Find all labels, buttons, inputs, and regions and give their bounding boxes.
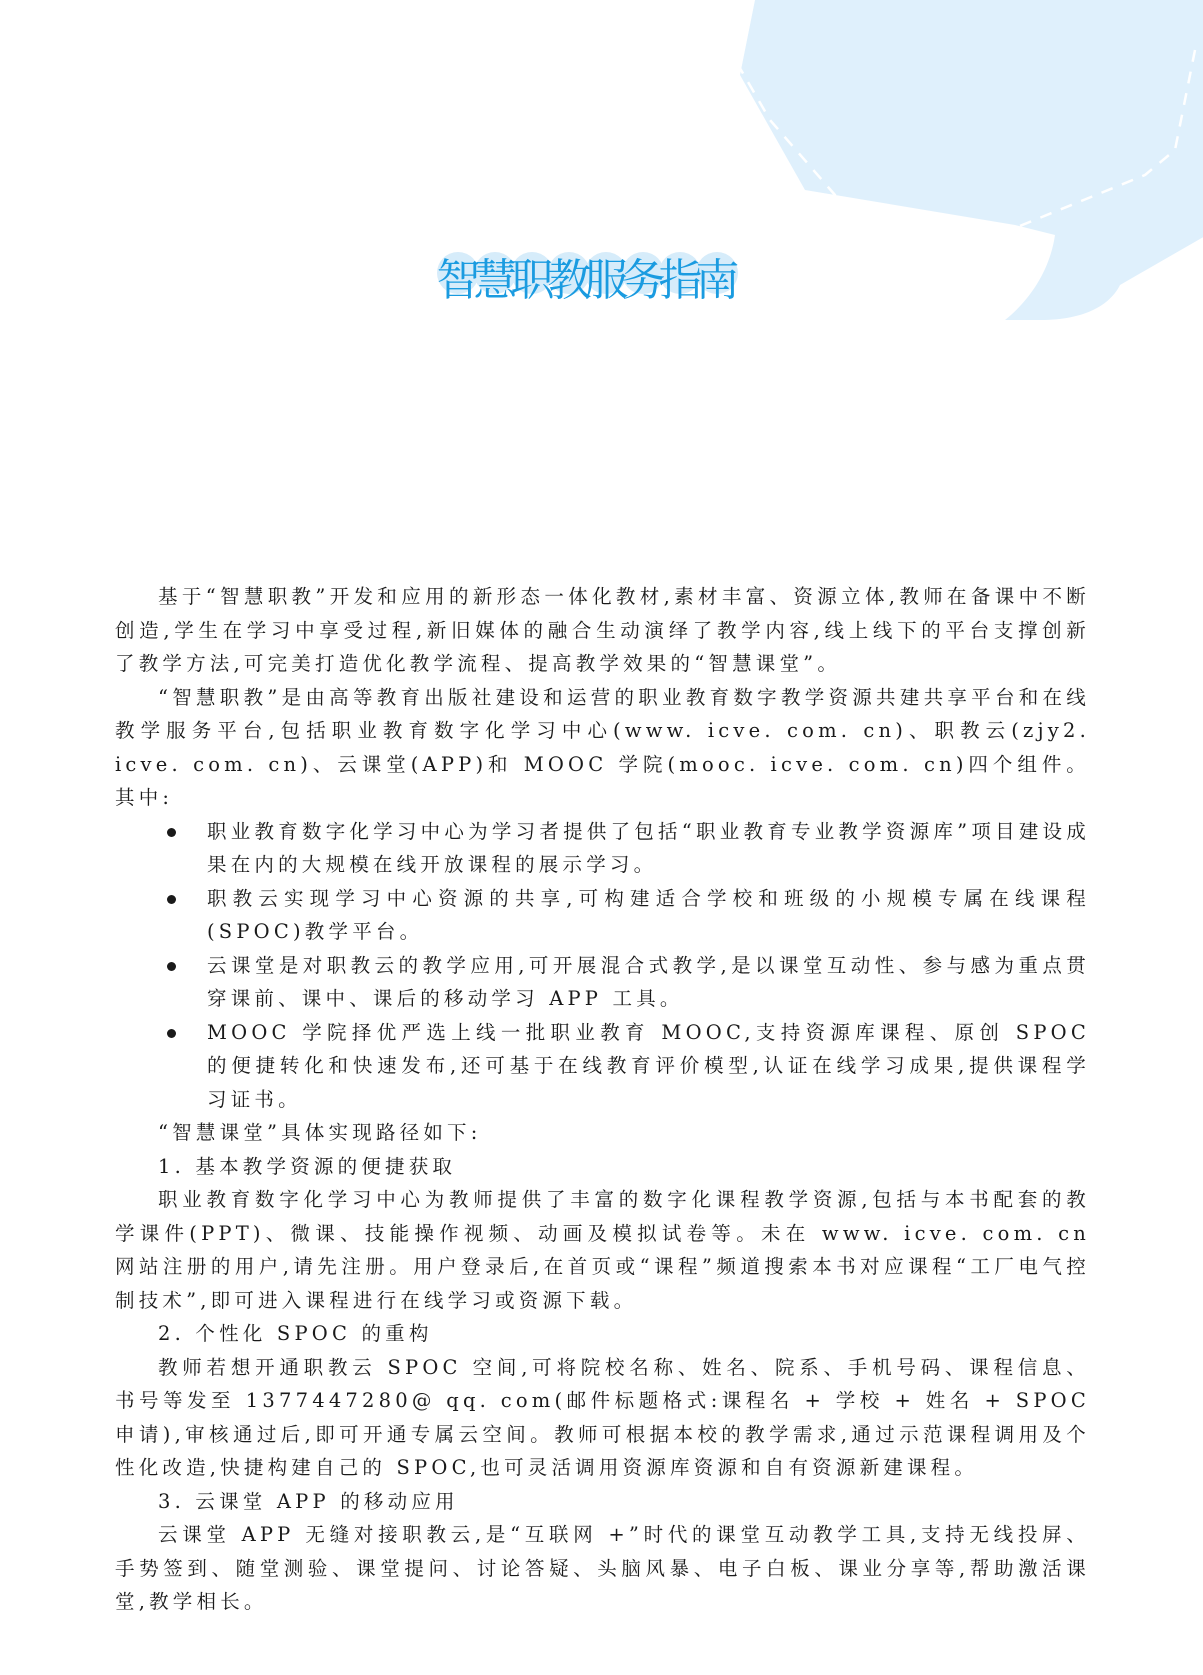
title-char: 智 [440, 250, 477, 312]
bullet-icon [167, 895, 176, 904]
section-text-1: 职业教育数字化学习中心为教师提供了丰富的数字化课程教学资源,包括与本书配套的教学… [115, 1183, 1090, 1317]
title-char: 指 [662, 250, 699, 312]
section-heading-2: 2. 个性化 SPOC 的重构 [115, 1317, 1090, 1351]
title-char: 教 [551, 250, 588, 312]
section-text-3: 云课堂 APP 无缝对接职教云,是“互联网 +”时代的课堂互动教学工具,支持无线… [115, 1518, 1090, 1619]
title-char: 职 [514, 250, 551, 312]
section-heading-1: 1. 基本教学资源的便捷获取 [115, 1150, 1090, 1184]
title-char: 服 [588, 250, 625, 312]
body-content: 基于“智慧职教”开发和应用的新形态一体化教材,素材丰富、资源立体,教师在备课中不… [115, 580, 1090, 1619]
list-item: 职教云实现学习中心资源的共享,可构建适合学校和班级的小规模专属在线课程(SPOC… [115, 882, 1090, 949]
title-char: 务 [625, 250, 662, 312]
list-item: 云课堂是对职教云的教学应用,可开展混合式教学,是以课堂互动性、参与感为重点贯穿课… [115, 949, 1090, 1016]
section-heading-3: 3. 云课堂 APP 的移动应用 [115, 1485, 1090, 1519]
title-char: 慧 [477, 250, 514, 312]
bullet-icon [167, 828, 176, 837]
bullet-icon [167, 962, 176, 971]
intro-paragraph-2: “智慧职教”是由高等教育出版社建设和运营的职业教育数字教学资源共建共享平台和在线… [115, 681, 1090, 815]
list-item: 职业教育数字化学习中心为学习者提供了包括“职业教育专业教学资源库”项目建设成果在… [115, 815, 1090, 882]
list-item: MOOC 学院择优严选上线一批职业教育 MOOC,支持资源库课程、原创 SPOC… [115, 1016, 1090, 1117]
intro-paragraph-1: 基于“智慧职教”开发和应用的新形态一体化教材,素材丰富、资源立体,教师在备课中不… [115, 580, 1090, 681]
component-list: 职业教育数字化学习中心为学习者提供了包括“职业教育专业教学资源库”项目建设成果在… [115, 815, 1090, 1117]
path-intro: “智慧课堂”具体实现路径如下: [115, 1116, 1090, 1150]
section-text-2: 教师若想开通职教云 SPOC 空间,可将院校名称、姓名、院系、手机号码、课程信息… [115, 1351, 1090, 1485]
bullet-icon [167, 1029, 176, 1038]
page-title: 智 慧 职 教 服 务 指 南 [440, 250, 736, 320]
title-char: 南 [699, 250, 736, 312]
